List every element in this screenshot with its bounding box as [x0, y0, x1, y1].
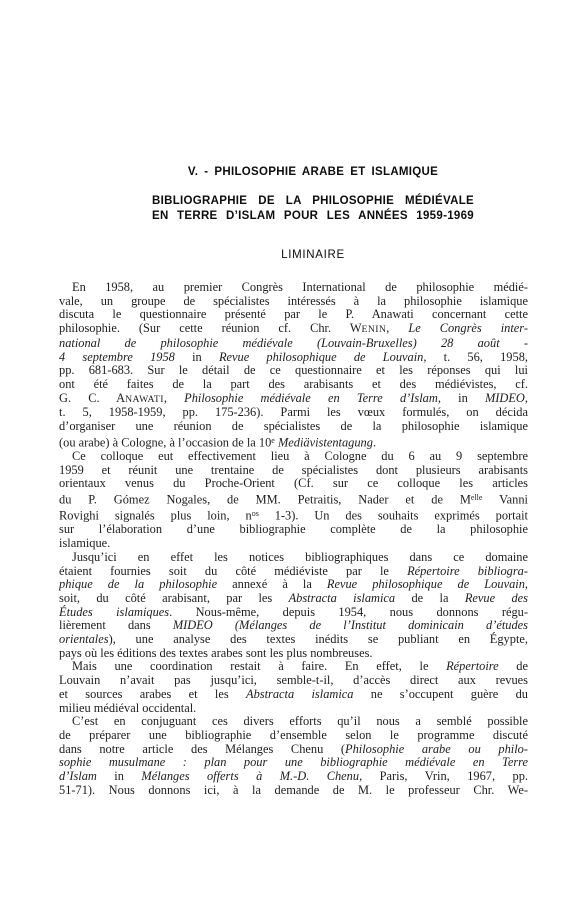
text-run: Revue philosophique de Louvain — [219, 350, 423, 364]
main-title-line-2: EN TERRE D’ISLAM POUR LES ANNÉES 1959-19… — [152, 209, 474, 224]
text-run: philosophie. (Sur cette réunion cf. Chr.… — [59, 321, 362, 335]
text-run: Rovighi signalés plus loin, n — [59, 509, 252, 523]
text-run: MIDEO — [485, 391, 525, 405]
text-run: islamique. — [59, 536, 110, 550]
text-run: Revue des — [465, 591, 528, 605]
text-run: de préparer une bibliographie d’ensemble… — [59, 728, 528, 742]
text-run: Philosophie arabe ou philo- — [345, 742, 528, 756]
text-run: Abstracta islamica — [246, 687, 353, 701]
text-run: , t. 56, 1958, — [423, 350, 528, 364]
text-run: En 1958, au premier Congrès Internationa… — [72, 280, 528, 294]
main-title: BIBLIOGRAPHIE DE LA PHILOSOPHIE MÉDIÉVAL… — [152, 194, 474, 223]
text-run: orientales — [59, 632, 109, 646]
subheading: LIMINAIRE — [152, 249, 474, 261]
text-line: t. 5, 1958-1959, pp. 175-236). Parmi les… — [59, 406, 528, 420]
text-run: de — [499, 659, 528, 673]
text-run: et sources arabes et les — [59, 687, 246, 701]
text-line: ont été faites de la part des arabisants… — [59, 378, 528, 392]
text-run: Jusqu’ici en effet les notices bibliogra… — [72, 550, 528, 564]
text-run: lièrement dans — [59, 618, 173, 632]
text-run: étaient fournies soit du côté médiéviste… — [59, 564, 407, 578]
text-line: Ce colloque eut effectivement lieu à Col… — [59, 450, 528, 464]
body-text: En 1958, au premier Congrès Internationa… — [59, 281, 528, 798]
text-run: soit, du côté arabisant, par les — [59, 591, 289, 605]
text-run: 51-71). Nous donnons ici, à la demande d… — [59, 783, 528, 797]
text-line: En 1958, au premier Congrès Internationa… — [59, 281, 528, 295]
text-line: phique de la philosophie annexé à la Rev… — [59, 578, 528, 592]
text-run: Ce colloque eut effectivement lieu à Col… — [72, 449, 528, 463]
text-run: , — [164, 391, 184, 405]
text-run: , — [525, 391, 528, 405]
text-run: sur l’élaboration d’une bibliographie co… — [59, 522, 528, 536]
text-run: , in — [438, 391, 485, 405]
text-line: national de philosophie médiévale (Louva… — [59, 337, 528, 351]
text-run: t. 5, 1958-1959, pp. 175-236). Parmi les… — [59, 405, 528, 419]
text-line: Jusqu’ici en effet les notices bibliogra… — [59, 551, 528, 565]
text-run: pp. 681-683. Sur le détail de ce questio… — [59, 363, 528, 377]
text-run: 1959 et réunit une trentaine de spéciali… — [59, 463, 528, 477]
text-run: Louvain n’avait pas jusqu’ici, semble-t-… — [59, 673, 528, 687]
section-title: V. - PHILOSOPHIE ARABE ET ISLAMIQUE — [152, 166, 474, 178]
text-line: (ou arabe) à Cologne, à l’occasion de la… — [59, 434, 528, 450]
heading-block: V. - PHILOSOPHIE ARABE ET ISLAMIQUE BIBL… — [152, 166, 474, 261]
text-run: Répertoire — [446, 659, 499, 673]
text-run: national de philosophie médiévale (Louva… — [59, 336, 528, 350]
text-line: discuta le questionnaire présenté par le… — [59, 308, 528, 322]
text-run: in — [97, 769, 142, 783]
text-run: elle — [471, 493, 483, 502]
text-line: 1959 et réunit une trentaine de spéciali… — [59, 464, 528, 478]
text-line: Études islamiques. Nous-même, depuis 195… — [59, 606, 528, 620]
main-title-line-1: BIBLIOGRAPHIE DE LA PHILOSOPHIE MÉDIÉVAL… — [152, 194, 474, 209]
text-line: milieu médiéval occidental. — [59, 702, 528, 716]
text-run: Mediävistentagung — [278, 435, 373, 449]
text-run: du P. Gómez Nogales, de MM. Petraitis, N… — [59, 493, 471, 507]
text-run: MIDEO (Mélanges de l’Institut dominicain… — [173, 618, 528, 632]
text-run: Revue philosophique de Louvain — [327, 577, 525, 591]
text-run: ENIN — [362, 324, 387, 335]
text-line: orientaux venus du Proche-Orient (Cf. su… — [59, 477, 528, 491]
text-run: vale, un groupe de spécialistes intéress… — [59, 294, 528, 308]
text-run: pays où les éditions des textes arabes s… — [59, 646, 373, 660]
text-run: Études islamiques — [59, 605, 169, 619]
text-line: orientales), une analyse des textes inéd… — [59, 633, 528, 647]
text-run: ), une analyse des textes inédits se pub… — [109, 632, 528, 646]
text-run: C’est en conjuguant ces divers efforts q… — [72, 714, 528, 728]
text-run: Mais une coordination restait à faire. E… — [72, 659, 446, 673]
text-run: ne s’occupent guère du — [353, 687, 528, 701]
text-run: Mélanges offerts à M.-D. Chenu, — [141, 769, 362, 783]
text-run: d’Islam — [59, 769, 97, 783]
text-run: discuta le questionnaire présenté par le… — [59, 307, 528, 321]
text-run: NAWATI — [125, 394, 164, 405]
text-line: pays où les éditions des textes arabes s… — [59, 647, 528, 661]
text-line: étaient fournies soit du côté médiéviste… — [59, 565, 528, 579]
text-run: annexé à la — [217, 577, 327, 591]
text-run: Le Congrès inter- — [408, 321, 528, 335]
text-line: de préparer une bibliographie d’ensemble… — [59, 729, 528, 743]
text-run: . — [373, 435, 376, 449]
text-run: de la — [395, 591, 465, 605]
text-run: (ou arabe) à Cologne, à l’occasion de la… — [59, 435, 271, 449]
text-run: 4 septembre 1958 — [59, 350, 175, 364]
text-line: Rovighi signalés plus loin, nos 1-3). Un… — [59, 507, 528, 523]
text-line: islamique. — [59, 537, 528, 551]
text-line: lièrement dans MIDEO (Mélanges de l’Inst… — [59, 619, 528, 633]
text-run: os — [252, 509, 259, 518]
page-content: V. - PHILOSOPHIE ARABE ET ISLAMIQUE BIBL… — [59, 166, 528, 798]
text-line: vale, un groupe de spécialistes intéress… — [59, 295, 528, 309]
text-line: sur l’élaboration d’une bibliographie co… — [59, 523, 528, 537]
text-run: dans notre article des Mélanges Chenu ( — [59, 742, 345, 756]
document-page: V. - PHILOSOPHIE ARABE ET ISLAMIQUE BIBL… — [0, 0, 588, 916]
text-line: d’organiser une réunion de spécialistes … — [59, 420, 528, 434]
text-line: et sources arabes et les Abstracta islam… — [59, 688, 528, 702]
text-run: , — [386, 321, 408, 335]
text-run: , — [525, 577, 528, 591]
paragraph: En 1958, au premier Congrès Internationa… — [59, 281, 528, 450]
text-line: C’est en conjuguant ces divers efforts q… — [59, 715, 528, 729]
text-run: Philosophie médiévale en Terre d’Islam — [184, 391, 438, 405]
text-line: Mais une coordination restait à faire. E… — [59, 660, 528, 674]
text-line: sophie musulmane : plan pour une bibliog… — [59, 756, 528, 770]
text-line: d’Islam in Mélanges offerts à M.-D. Chen… — [59, 770, 528, 784]
text-line: soit, du côté arabisant, par les Abstrac… — [59, 592, 528, 606]
text-run: 1-3). Un des souhaits exprimés portait — [259, 509, 528, 523]
text-line: pp. 681-683. Sur le détail de ce questio… — [59, 364, 528, 378]
text-line: dans notre article des Mélanges Chenu (P… — [59, 743, 528, 757]
text-run: G. C. A — [59, 391, 125, 405]
text-run: orientaux venus du Proche-Orient (Cf. su… — [59, 476, 528, 490]
text-run: phique de la philosophie — [59, 577, 217, 591]
paragraph: Jusqu’ici en effet les notices bibliogra… — [59, 551, 528, 661]
text-run: . Nous-même, depuis 1954, nous donnons r… — [169, 605, 528, 619]
text-line: philosophie. (Sur cette réunion cf. Chr.… — [59, 322, 528, 337]
text-line: 4 septembre 1958 in Revue philosophique … — [59, 351, 528, 365]
text-run: Répertoire bibliogra- — [407, 564, 528, 578]
text-run: Abstracta islamica — [289, 591, 396, 605]
text-line: du P. Gómez Nogales, de MM. Petraitis, N… — [59, 491, 528, 507]
text-run: ont été faites de la part des arabisants… — [59, 377, 528, 391]
text-run: sophie musulmane : plan pour une bibliog… — [59, 755, 528, 769]
text-run: Vanni — [482, 493, 528, 507]
text-run: d’organiser une réunion de spécialistes … — [59, 419, 528, 433]
text-run: in — [175, 350, 219, 364]
text-run: milieu médiéval occidental. — [59, 701, 196, 715]
text-run: Paris, Vrin, 1967, pp. — [362, 769, 528, 783]
text-line: Louvain n’avait pas jusqu’ici, semble-t-… — [59, 674, 528, 688]
text-line: G. C. ANAWATI, Philosophie médiévale en … — [59, 392, 528, 407]
paragraph: C’est en conjuguant ces divers efforts q… — [59, 715, 528, 797]
paragraph: Mais une coordination restait à faire. E… — [59, 660, 528, 715]
text-line: 51-71). Nous donnons ici, à la demande d… — [59, 784, 528, 798]
paragraph: Ce colloque eut effectivement lieu à Col… — [59, 450, 528, 551]
